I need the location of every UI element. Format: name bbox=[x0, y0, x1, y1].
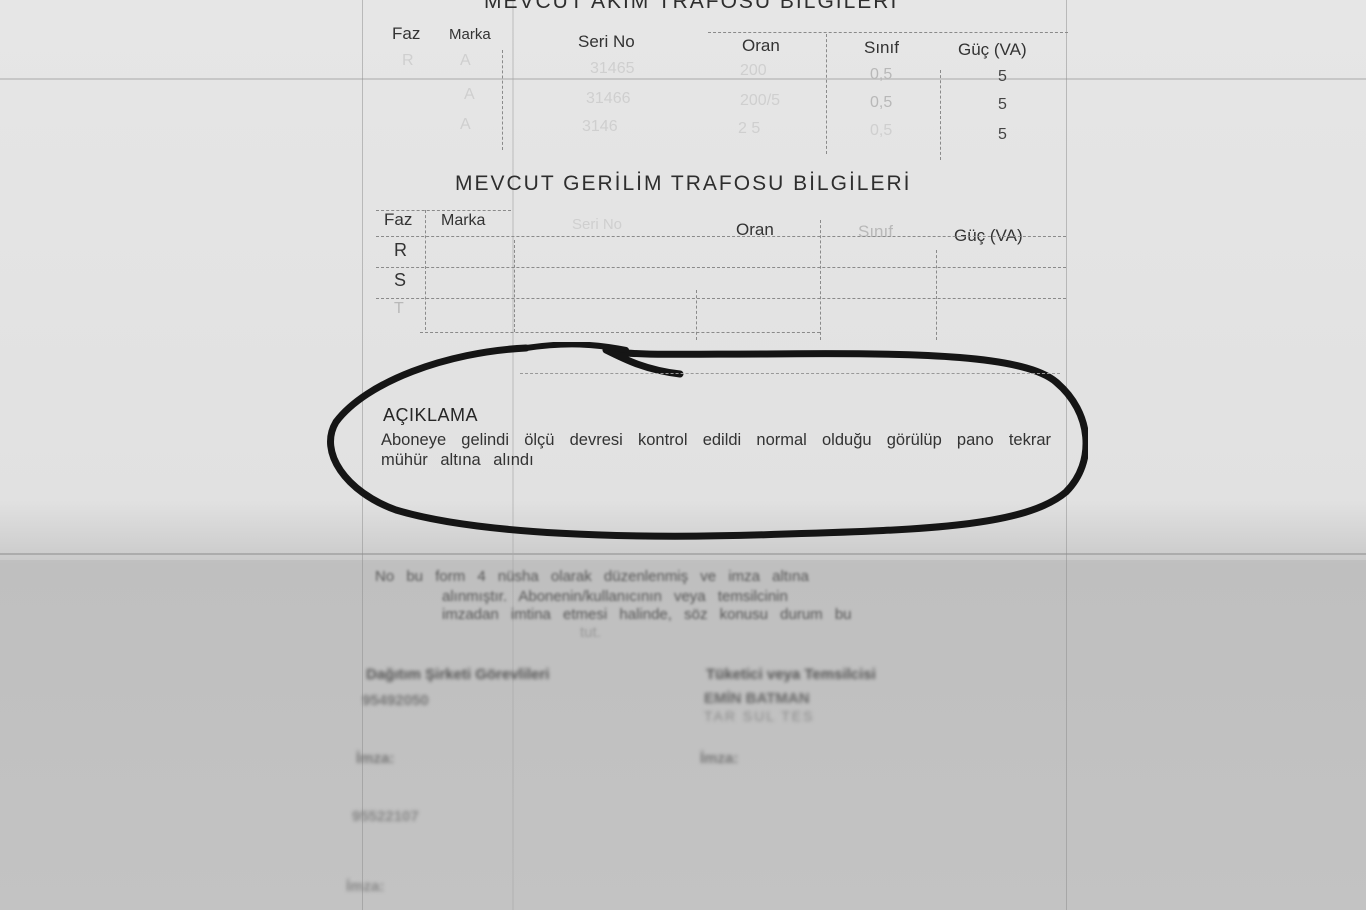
cell-seri-no: 31466 bbox=[586, 90, 631, 108]
col-header-marka: Marka bbox=[449, 26, 491, 43]
col-header-faz: Faz bbox=[384, 210, 412, 230]
cell-guc: 5 bbox=[998, 68, 1007, 86]
legal-line: tut. bbox=[580, 624, 601, 641]
legal-line: alınmıştır. Abonenin/kullanıcının veya t… bbox=[442, 588, 788, 605]
consumer-heading: Tüketici veya Temsilcisi bbox=[706, 666, 876, 683]
legal-line: No bu form 4 nüsha olarak düzenlenmiş ve… bbox=[375, 568, 809, 585]
table-rule bbox=[520, 373, 1060, 374]
cell-marka: A bbox=[460, 52, 471, 70]
consumer-org: TAR SUL TES bbox=[704, 708, 814, 724]
table-rule bbox=[514, 240, 515, 332]
cell-marka: A bbox=[460, 116, 471, 134]
table-rule bbox=[376, 298, 1066, 299]
col-header-oran: Oran bbox=[736, 220, 774, 240]
company-officials-heading: Dağıtım Şirketi Görevlileri bbox=[366, 666, 549, 683]
aciklama-label: AÇIKLAMA bbox=[383, 405, 478, 426]
table-rule bbox=[708, 32, 1068, 33]
cell-oran: 2 5 bbox=[738, 120, 760, 138]
cell-sinif: 0,5 bbox=[870, 66, 892, 84]
paper-fold bbox=[0, 553, 1366, 555]
cell-faz: R bbox=[402, 52, 414, 70]
cell-guc: 5 bbox=[998, 96, 1007, 114]
col-header-seri-no: Seri No bbox=[578, 32, 635, 52]
section-title: MEVCUT GERİLİM TRAFOSU BİLGİLERİ bbox=[455, 172, 911, 196]
row-faz-r: R bbox=[394, 240, 407, 261]
table-rule bbox=[376, 267, 1066, 268]
signature-label-2: İmza: bbox=[346, 878, 384, 895]
signature-label-1: İmza: bbox=[356, 750, 394, 767]
official-id-1: 95492050 bbox=[362, 692, 429, 709]
cell-seri-no: 3146 bbox=[582, 118, 618, 136]
table-rule bbox=[940, 70, 941, 160]
cell-oran: 200/5 bbox=[740, 92, 780, 110]
row-faz-s: S bbox=[394, 270, 406, 291]
paper-fold bbox=[0, 78, 1366, 80]
col-header-seri-no: Seri No bbox=[572, 216, 622, 233]
consumer-signature-label: İmza: bbox=[700, 750, 738, 767]
col-header-sinif: Sınıf bbox=[858, 222, 893, 242]
table-rule bbox=[420, 332, 820, 333]
cell-sinif: 0,5 bbox=[870, 122, 892, 140]
col-header-sinif: Sınıf bbox=[864, 38, 899, 58]
cell-guc: 5 bbox=[998, 126, 1007, 144]
section-title: MEVCUT AKIM TRAFOSU BİLGİLERİ bbox=[484, 0, 898, 14]
aciklama-text: Aboneye gelindi ölçü devresi kontrol edi… bbox=[381, 430, 1051, 470]
table-rule bbox=[936, 250, 937, 340]
col-header-marka: Marka bbox=[441, 212, 485, 230]
legal-line: imzadan imtina etmesi halinde, söz konus… bbox=[442, 606, 852, 623]
table-rule bbox=[820, 220, 821, 340]
table-rule bbox=[376, 236, 1066, 237]
table-rule bbox=[425, 210, 426, 330]
table-rule bbox=[826, 34, 827, 154]
cell-sinif: 0,5 bbox=[870, 94, 892, 112]
consumer-name: EMİN BATMAN bbox=[704, 690, 810, 707]
cell-seri-no: 31465 bbox=[590, 60, 635, 78]
table-rule bbox=[502, 50, 503, 150]
row-faz-t: T bbox=[394, 300, 404, 318]
cell-oran: 200 bbox=[740, 62, 767, 80]
col-header-guc: Güç (VA) bbox=[958, 40, 1027, 60]
col-header-oran: Oran bbox=[742, 36, 780, 56]
cell-marka: A bbox=[464, 86, 475, 104]
col-header-faz: Faz bbox=[392, 24, 420, 44]
official-id-2: 95522107 bbox=[352, 808, 419, 825]
